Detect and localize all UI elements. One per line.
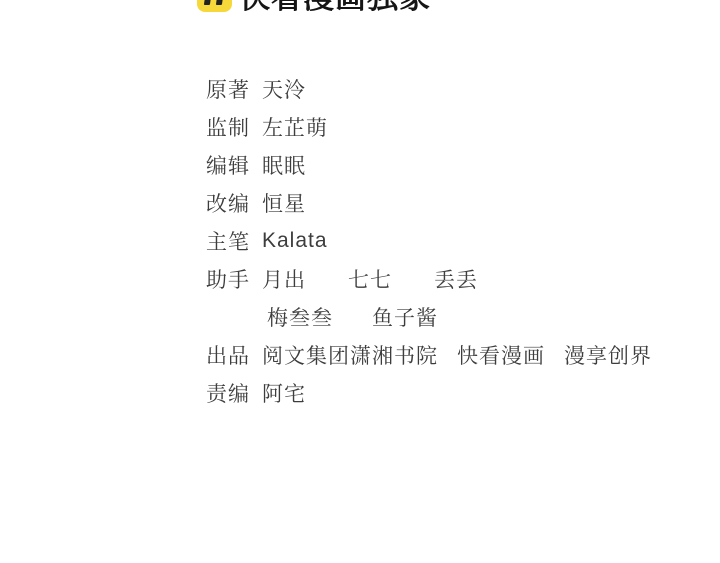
credit-name: 眠眠 xyxy=(262,150,306,180)
credit-name: 月出 xyxy=(262,264,306,294)
credit-name: 左芷萌 xyxy=(262,112,328,142)
credit-row-assistants: 助手 月出 七七 丢丢 xyxy=(206,260,652,298)
credit-row-assistants-continued: 梅叁叁 鱼子酱 xyxy=(206,298,652,336)
logo-kk-glyph-icon xyxy=(204,0,212,5)
credit-name: 阿宅 xyxy=(262,378,306,408)
credit-row-editor: 编辑 眠眠 xyxy=(206,146,652,184)
credit-name: 丢丢 xyxy=(434,264,478,294)
credit-name: 阅文集团潇湘书院 xyxy=(262,340,438,370)
credit-name: 天泠 xyxy=(262,74,306,104)
credit-role-label: 助手 xyxy=(206,264,262,294)
credit-role-label: 原著 xyxy=(206,74,262,104)
credit-name: Kalata xyxy=(262,229,328,253)
kuaikan-logo-icon xyxy=(197,0,232,12)
credit-row-responsible-editor: 责编 阿宅 xyxy=(206,374,652,412)
credits-list: 原著 天泠 监制 左芷萌 编辑 眠眠 改编 恒星 主笔 Kalata 助手 月出… xyxy=(206,70,652,412)
credit-row-adapter: 改编 恒星 xyxy=(206,184,652,222)
credit-row-supervisor: 监制 左芷萌 xyxy=(206,108,652,146)
credits-page: 快看漫画独家 原著 天泠 监制 左芷萌 编辑 眠眠 改编 恒星 主笔 Kalat… xyxy=(0,0,720,563)
credit-name: 七七 xyxy=(348,264,392,294)
credit-row-original-author: 原著 天泠 xyxy=(206,70,652,108)
credit-name: 鱼子酱 xyxy=(372,302,438,332)
credit-name: 快看漫画 xyxy=(457,340,545,370)
credit-name: 漫享创界 xyxy=(564,340,652,370)
credit-role-label: 主笔 xyxy=(206,226,262,256)
credit-role-label: 责编 xyxy=(206,378,262,408)
brand-header: 快看漫画独家 xyxy=(197,0,431,12)
credit-role-label: 监制 xyxy=(206,112,262,142)
brand-title: 快看漫画独家 xyxy=(239,0,431,17)
credit-row-lead-artist: 主笔 Kalata xyxy=(206,222,652,260)
credit-name: 梅叁叁 xyxy=(267,302,333,332)
credit-row-producers: 出品 阅文集团潇湘书院 快看漫画 漫享创界 xyxy=(206,336,652,374)
credit-role-label: 编辑 xyxy=(206,150,262,180)
credit-name: 恒星 xyxy=(262,188,306,218)
credit-role-label: 改编 xyxy=(206,188,262,218)
credit-role-label: 出品 xyxy=(206,340,262,370)
